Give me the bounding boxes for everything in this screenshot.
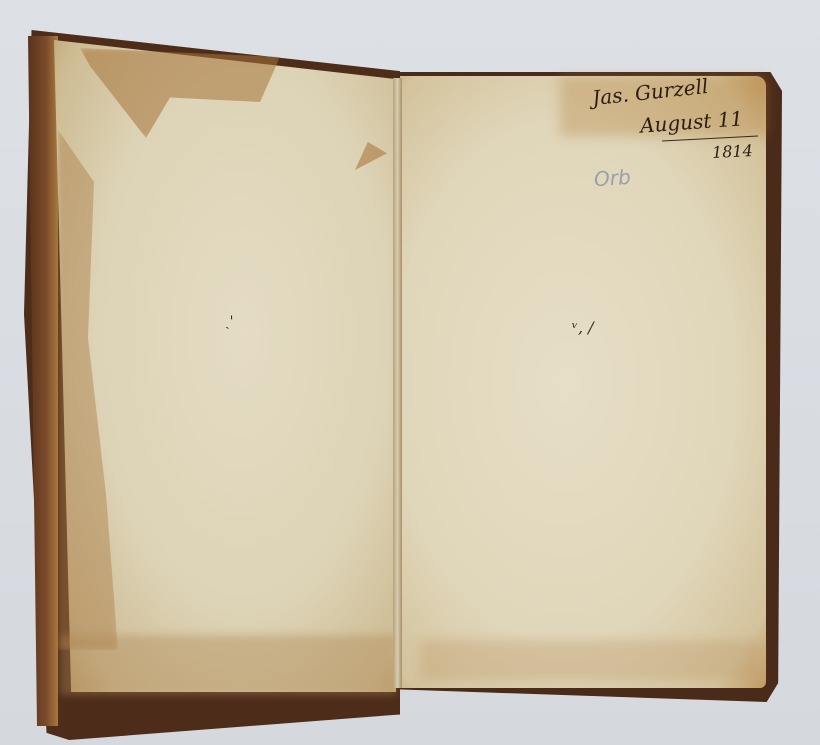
bottom-left-stain: [60, 635, 396, 695]
bottom-right-stain: [420, 640, 760, 680]
left-page-mark: ˎ': [225, 314, 234, 331]
inscription-year: 1814: [712, 141, 754, 162]
book-gutter: [393, 78, 402, 688]
right-page-mark: ᵛ, /: [572, 318, 594, 337]
right-endpaper: [400, 76, 766, 688]
pencil-note: Orb: [593, 165, 631, 191]
